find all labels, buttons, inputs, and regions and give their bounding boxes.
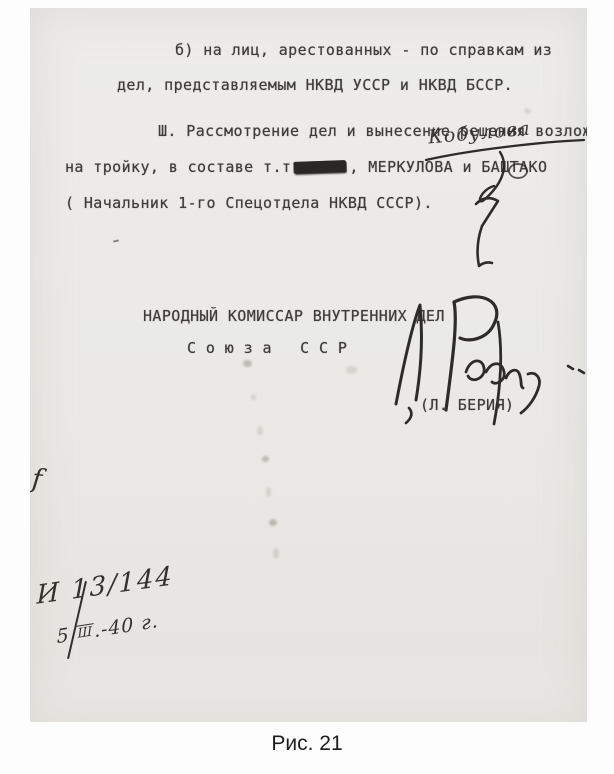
union-ssr-line: С о ю з а С С Р xyxy=(187,339,347,357)
para-b-line2: дел, представляемым НКВД УССР и НКВД БСС… xyxy=(117,76,513,94)
stain-mark xyxy=(251,394,256,400)
handwritten-mark-2 xyxy=(468,192,508,272)
crossed-out-name xyxy=(294,160,346,174)
handwritten-margin-mark: ƒ xyxy=(30,464,43,496)
date-prefix: 5 xyxy=(56,624,70,648)
beria-name-typed: (Л. БЕРИЯ) xyxy=(420,396,514,414)
stain-mark xyxy=(262,456,269,462)
stain-mark xyxy=(273,548,279,559)
tiny-dash-mark xyxy=(113,239,119,242)
stain-mark xyxy=(524,108,531,114)
handwritten-date-note: 5 Ш.-40 г. xyxy=(56,610,159,648)
date-suffix: .-40 г. xyxy=(94,610,160,642)
figure-caption: Рис. 21 xyxy=(0,732,614,756)
stain-mark xyxy=(257,426,263,435)
para-iii-line2-pre: на тройку, в составе т.т xyxy=(65,158,291,176)
stain-mark xyxy=(266,487,271,497)
stain-mark xyxy=(346,366,357,374)
figure-page: б) на лиц, арестованных - по справкам из… xyxy=(0,0,614,774)
document-scan: б) на лиц, арестованных - по справкам из… xyxy=(30,8,587,722)
handwritten-registry-number: И 13/144 xyxy=(37,561,174,611)
para-b-line1: б) на лиц, арестованных - по справкам из xyxy=(175,41,552,59)
stain-mark xyxy=(269,519,277,526)
date-roman-numeral: Ш xyxy=(76,623,94,642)
stain-mark xyxy=(243,360,252,367)
beria-signature-handwriting xyxy=(382,292,587,442)
para-iii-line3: ( Начальник 1-го Спецотдела НКВД СССР). xyxy=(65,194,433,212)
